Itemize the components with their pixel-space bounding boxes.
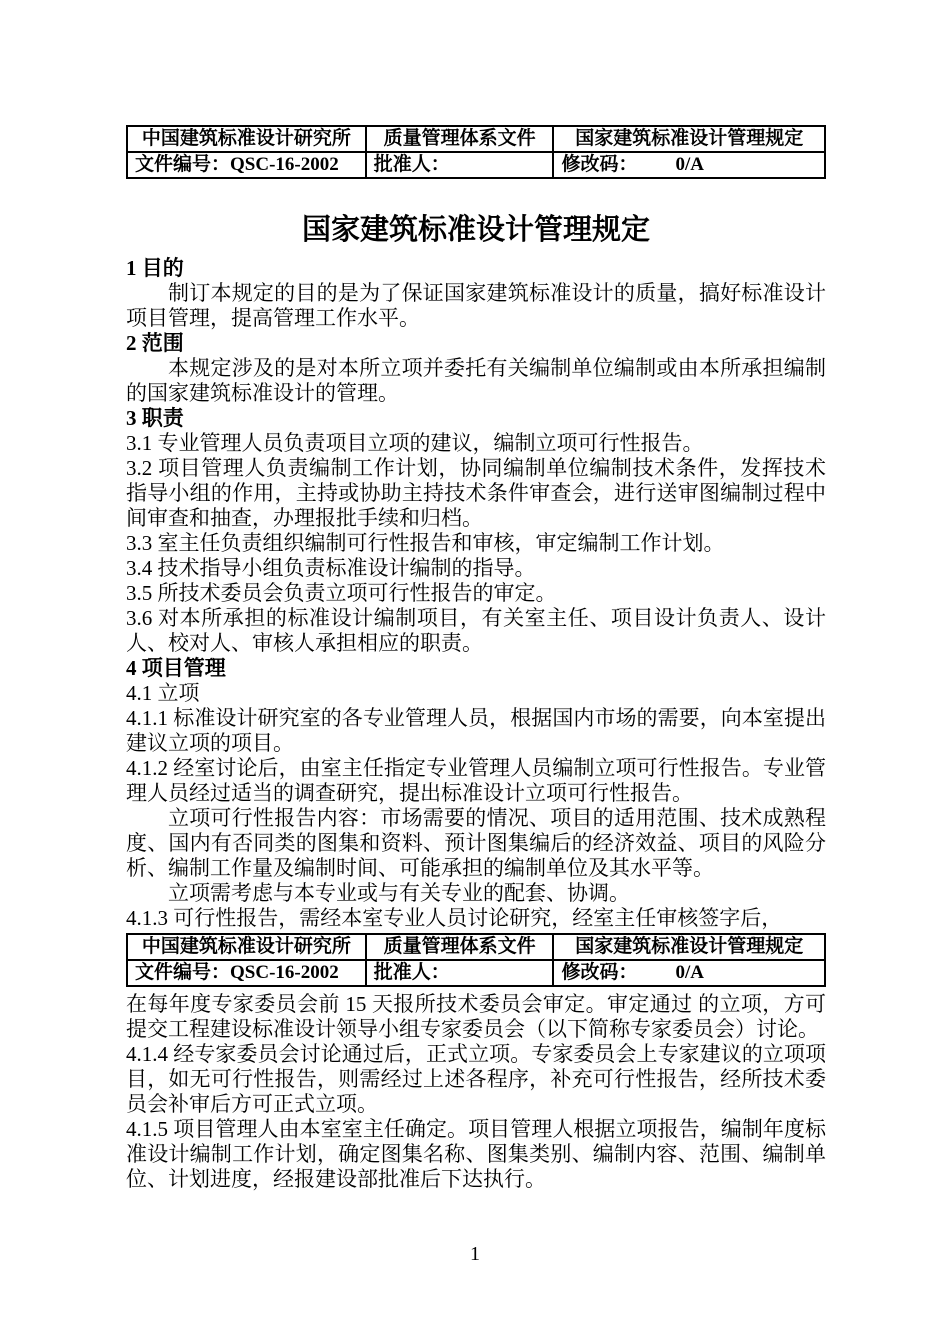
org-name-cell: 中国建筑标准设计研究所 [127,126,366,152]
clause-3-6: 3.6 对本所承担的标准设计编制项目，有关室主任、项目设计负责人、设计人、校对人… [126,606,826,656]
section-heading-purpose: 1 目的 [126,256,826,281]
paragraph: 立项可行性报告内容：市场需要的情况、项目的适用范围、技术成熟程度、国内有否同类的… [126,806,826,881]
clause-3-2: 3.2 项目管理人负责编制工作计划，协同编制单位编制技术条件，发挥技术指导小组的… [126,456,826,531]
header-table-mid-row-2: 文件编号：QSC-16-2002 批准人： 修改码：0/A [127,960,825,986]
revision-label: 修改码： [561,962,637,983]
revision-value: 0/A [675,154,704,175]
file-no-cell: 文件编号：QSC-16-2002 [127,152,366,178]
approver-cell: 批准人： [366,152,554,178]
clause-4-1-5: 4.1.5 项目管理人由本室室主任确定。项目管理人根据立项报告，编制年度标准设计… [126,1117,826,1192]
clause-3-5: 3.5 所技术委员会负责立项可行性报告的审定。 [126,581,826,606]
header-table-mid: 中国建筑标准设计研究所 质量管理体系文件 国家建筑标准设计管理规定 文件编号：Q… [126,933,826,987]
section-heading-project-management: 4 项目管理 [126,656,826,681]
regulation-name-cell: 国家建筑标准设计管理规定 [553,126,825,152]
approver-cell: 批准人： [366,960,554,986]
clause-4-1-3-part-1: 4.1.3 可行性报告，需经本室专业人员讨论研究，经室主任审核签字后， [126,906,826,931]
header-table-top: 中国建筑标准设计研究所 质量管理体系文件 国家建筑标准设计管理规定 文件编号：Q… [126,125,826,179]
revision-label: 修改码： [561,154,637,175]
clause-4-1-1: 4.1.1 标准设计研究室的各专业管理人员，根据国内市场的需要，向本室提出建议立… [126,706,826,756]
section-heading-duties: 3 职责 [126,406,826,431]
clause-3-3: 3.3 室主任负责组织编制可行性报告和审核，审定编制工作计划。 [126,531,826,556]
header-table-top-row-2: 文件编号：QSC-16-2002 批准人： 修改码：0/A [127,152,825,178]
regulation-name-cell: 国家建筑标准设计管理规定 [553,934,825,960]
section-heading-scope: 2 范围 [126,331,826,356]
paragraph: 制订本规定的目的是为了保证国家建筑标准设计的质量，搞好标准设计项目管理，提高管理… [126,281,826,331]
document-page: 中国建筑标准设计研究所 质量管理体系文件 国家建筑标准设计管理规定 文件编号：Q… [0,0,950,1344]
clause-4-1-4: 4.1.4 经专家委员会讨论通过后，正式立项。专家委员会上专家建议的立项项目，如… [126,1042,826,1117]
org-name-cell: 中国建筑标准设计研究所 [127,934,366,960]
paragraph: 本规定涉及的是对本所立项并委托有关编制单位编制或由本所承担编制的国家建筑标准设计… [126,356,826,406]
clause-4-1-3-part-2: 在每年度专家委员会前 15 天报所技术委员会审定。审定通过 的立项，方可提交工程… [126,992,826,1042]
clause-3-4: 3.4 技术指导小组负责标准设计编制的指导。 [126,556,826,581]
revision-cell: 修改码：0/A [553,960,825,986]
system-doc-cell: 质量管理体系文件 [366,934,554,960]
document-title: 国家建筑标准设计管理规定 [126,211,826,249]
clause-4-1-2: 4.1.2 经室讨论后，由室主任指定专业管理人员编制立项可行性报告。专业管理人员… [126,756,826,806]
paragraph: 立项需考虑与本专业或与有关专业的配套、协调。 [126,881,826,906]
header-table-top-row-1: 中国建筑标准设计研究所 质量管理体系文件 国家建筑标准设计管理规定 [127,126,825,152]
system-doc-cell: 质量管理体系文件 [366,126,554,152]
clause-4-1: 4.1 立项 [126,681,826,706]
file-no-cell: 文件编号：QSC-16-2002 [127,960,366,986]
document-body: 1 目的 制订本规定的目的是为了保证国家建筑标准设计的质量，搞好标准设计项目管理… [126,256,826,1192]
revision-cell: 修改码：0/A [553,152,825,178]
header-table-mid-row-1: 中国建筑标准设计研究所 质量管理体系文件 国家建筑标准设计管理规定 [127,934,825,960]
revision-value: 0/A [675,962,704,983]
clause-3-1: 3.1 专业管理人员负责项目立项的建议，编制立项可行性报告。 [126,431,826,456]
page-number: 1 [0,1243,950,1266]
